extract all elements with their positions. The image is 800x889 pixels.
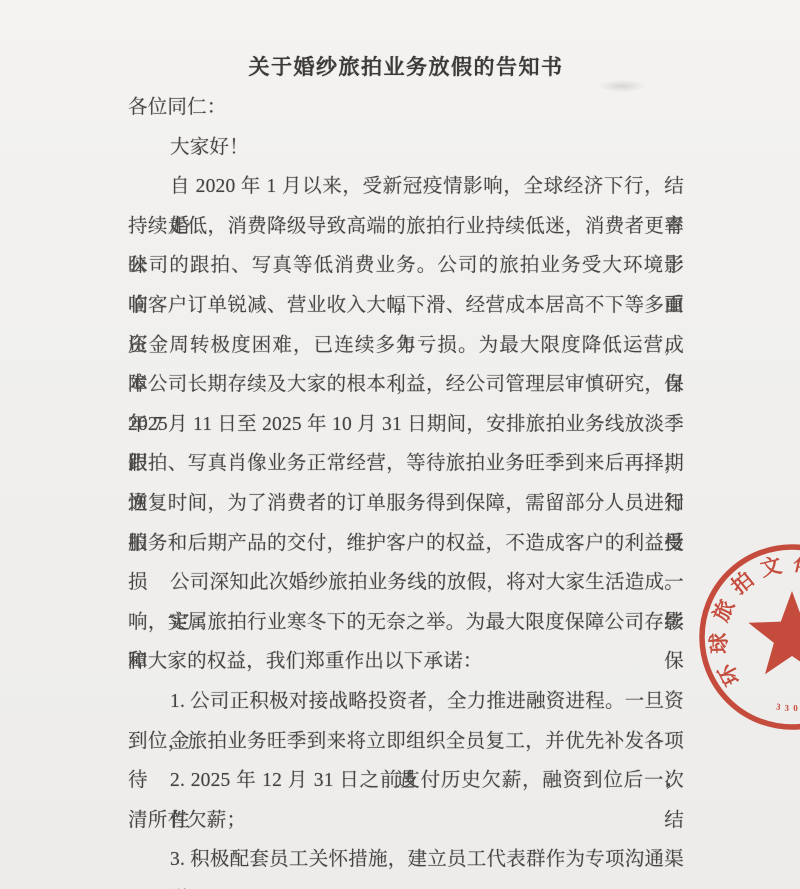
official-seal-stamp: 环球旅拍文化集 3302 [685, 525, 800, 735]
document-line: 2. 2025 年 12 月 31 日之前支付历史欠薪，融资到位后一次性结 [128, 761, 684, 801]
document-title: 关于婚纱旅拍业务放假的告知书 [128, 46, 684, 88]
document-line: 服务和后期产品的交付，维护客户的权益，不造成客户的利益受损。 [128, 524, 684, 564]
document-line: 持续走低，消费降级导致高端的旅拍行业持续低迷，消费者更青睐于 [128, 207, 684, 247]
document-line: 跟拍、写真肖像业务正常经营，等待旅拍业务旺季到来后再择期通知 [128, 444, 684, 484]
document-line: 障公司长期存续及大家的根本利益，经公司管理层审慎研究，自 2025 [128, 365, 684, 405]
svg-text:3302: 3302 [775, 701, 800, 713]
document-lines: 各位同仁：大家好！自 2020 年 1 月以来，受新冠疫情影响，全球经济下行，结… [128, 88, 684, 880]
document-line: 响，实属旅拍行业寒冬下的无奈之举。为最大限度保障公司存续和保 [128, 603, 684, 643]
document-line: 各位同仁： [128, 88, 684, 128]
document-line: 自 2020 年 1 月以来，受新冠疫情影响，全球经济下行，结婚率 [128, 167, 684, 207]
document-line: 恢复时间，为了消费者的订单服务得到保障，需留部分人员进行拍摄 [128, 484, 684, 524]
document-line: 大家好！ [128, 128, 684, 168]
document-line: 3. 积极配套员工关怀措施，建立员工代表群作为专项沟通渠道， [128, 840, 684, 880]
document-line: 到位，旅拍业务旺季到来将立即组织全员复工，并优先补发各项待遇； [128, 722, 684, 762]
document-line: 资金周转极度困难，已连续多年亏损。为最大限度降低运营成本，保 [128, 326, 684, 366]
document-line: 公司的跟拍、写真等低消费业务。公司的旅拍业务受大环境影响，面 [128, 246, 684, 286]
scanned-notice-page: 关于婚纱旅拍业务放假的告知书 各位同仁：大家好！自 2020 年 1 月以来，受… [0, 0, 800, 889]
document-line: 公司深知此次婚纱旅拍业务线的放假，将对大家生活造成一定影 [128, 563, 684, 603]
seal-serial-number: 3302 [775, 701, 800, 713]
document-line: 1. 公司正积极对接战略投资者，全力推进融资进程。一旦资金 [128, 682, 684, 722]
document-line: 年 7 月 11 日至 2025 年 10 月 31 日期间，安排旅拍业务线放淡… [128, 405, 684, 445]
document-body: 关于婚纱旅拍业务放假的告知书 各位同仁：大家好！自 2020 年 1 月以来，受… [128, 46, 684, 880]
document-line: 临客户订单锐减、营业收入大幅下滑、经营成本居高不下等多重压力， [128, 286, 684, 326]
seal-star-icon [748, 591, 800, 674]
